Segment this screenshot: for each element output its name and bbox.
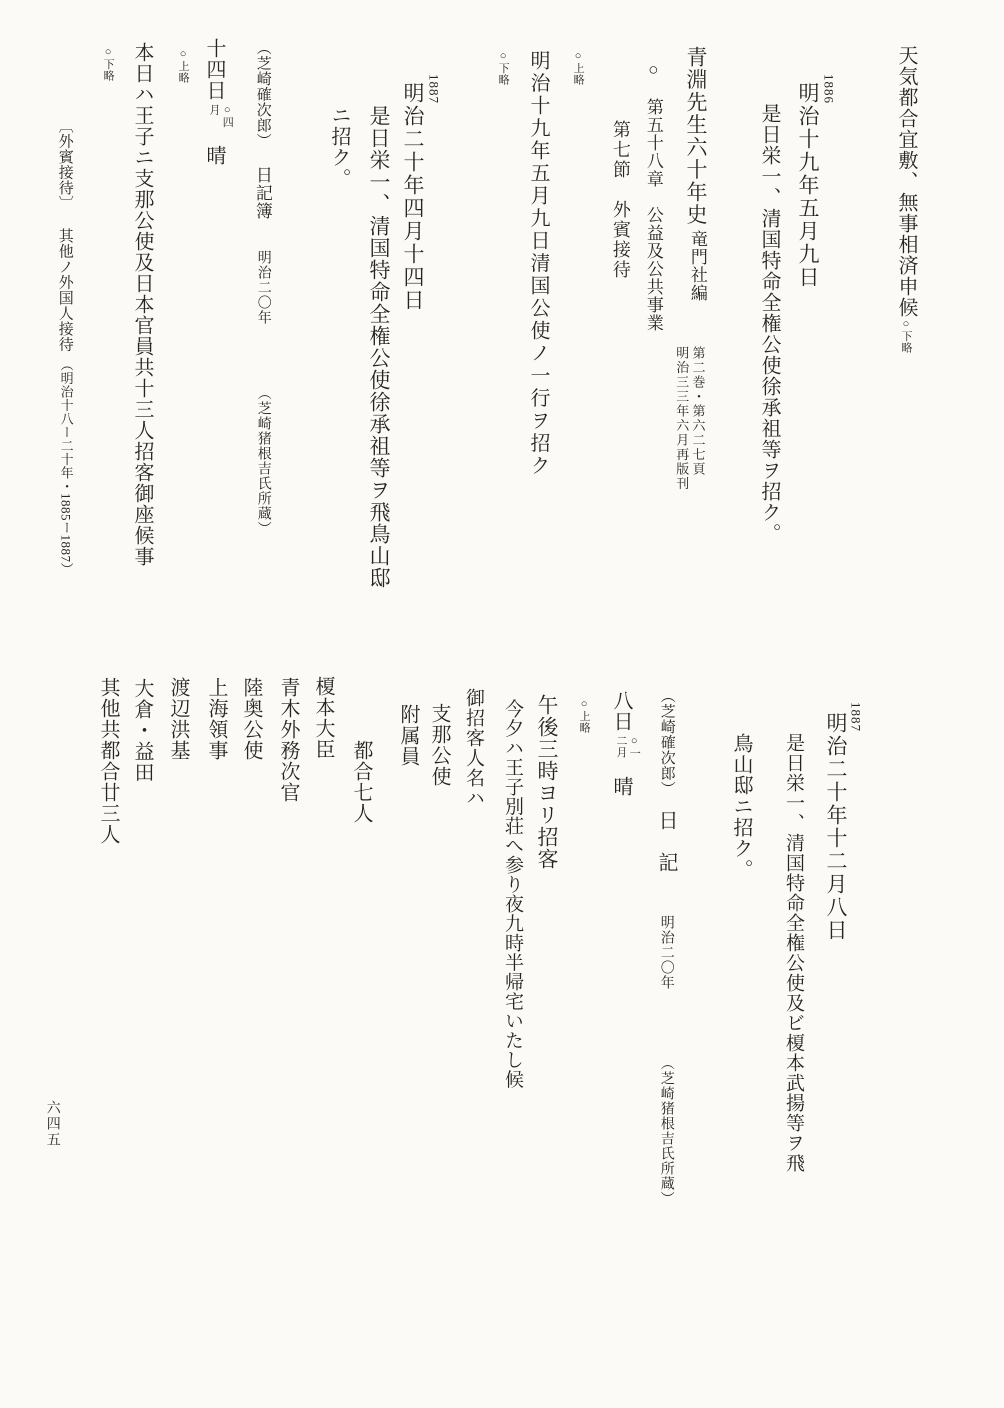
western-year-1887-apr: 1887 <box>427 74 441 104</box>
entry-dec-body-line2: 鳥山邸ニ招ク。 <box>730 733 751 880</box>
date-heading-meiji20-dec: 明治二十年十二月八日 <box>825 712 847 942</box>
guest-list-item: 支那公使 <box>428 703 449 787</box>
guest-list-item: 陸奥公使 <box>240 677 261 761</box>
reference-edition: 明治三三年六月再版刊 <box>673 346 689 491</box>
category-date-range: （明治十八ー二十年・1885ー1887） <box>59 358 73 576</box>
entry-1886-body: 是日栄一、清国特命全権公使徐承祖等ヲ招ク。 <box>758 103 779 544</box>
guest-list-item: 附属員 <box>397 704 418 767</box>
guest-list-item: 渡辺洪基 <box>167 677 188 761</box>
month-note-right: ○一 <box>627 735 640 759</box>
source-reference-note: 第二巻・第六二七頁明治三三年六月再版刊 <box>673 346 706 491</box>
geryaku-mark: ○下略 <box>497 50 509 86</box>
entry-apr-body-line1: 是日栄一、清国特命全権公使徐承祖等ヲ飛鳥山邸 <box>368 105 390 589</box>
document-page: 天気都合宜敷、無事相済申候○下略 1886 明治十九年五月九日 是日栄一、清国特… <box>0 0 1004 1408</box>
diary-quote-line: 今夕ハ王子別荘へ参り夜九時半帰宅いたし候 <box>502 699 522 1089</box>
month-note: ○四月 <box>207 104 233 128</box>
source-book-quote: 明治十九年五月九日清国公使ノ一行ヲ招ク <box>527 50 548 478</box>
diary-author: （芝崎確次郎） <box>254 40 270 149</box>
chapter-heading: ○ 第五十八章 公益及公共事業 <box>644 60 662 332</box>
opening-quote-column: 天気都合宜敷、無事相済申候○下略 <box>895 45 916 354</box>
diary-holder-note: （芝崎猪根吉氏所蔵） <box>658 1056 673 1206</box>
date-heading-meiji20-apr: 明治二十年四月十四日 <box>402 82 424 312</box>
guest-list-item: 大倉・益田 <box>131 678 152 783</box>
guest-list-item: 上海領事 <box>205 677 226 761</box>
diary-entry-date-line: 十四日○四月晴 <box>203 38 233 166</box>
diary-quote-line: 御招客人名ハ <box>463 688 483 808</box>
weather-note: 晴 <box>203 145 225 166</box>
diary-title: 日 記 <box>655 810 676 873</box>
month-note-right: ○四 <box>220 104 233 128</box>
reference-volume-page: 第二巻・第六二七頁 <box>689 346 705 491</box>
geryaku-mark: ○下略 <box>900 318 912 354</box>
diary-year-note: 明治二〇年 <box>658 915 673 990</box>
entry-dec-body-line1: 是日栄一、清国特命全権公使及ビ榎本武揚等ヲ飛 <box>783 733 803 1173</box>
geryaku-mark: ○下略 <box>102 46 114 82</box>
spacer <box>214 131 215 145</box>
diary-title: 日記簿 <box>253 166 271 220</box>
category-subtitle: 其他ノ外国人接待 <box>56 228 72 352</box>
month-note-left: 月 <box>207 104 220 128</box>
source-book-editor: 竜門社編 <box>688 230 706 302</box>
diary-entry-date-line: 八日○一二月晴 <box>610 690 640 797</box>
western-year-1886: 1886 <box>822 74 836 104</box>
joryaku-mark: ○上略 <box>572 50 584 86</box>
guest-list-item: 都合七人 <box>350 740 371 824</box>
source-book-title: 青淵先生六十年史 <box>685 46 707 226</box>
western-year-1887-dec: 1887 <box>849 702 863 732</box>
entry-apr-body-line2: ニ招ク。 <box>328 105 349 189</box>
diary-entry-day: 八日 <box>610 690 632 732</box>
diary-quote: 本日ハ王子ニ支那公使及日本官員共十三人招客御座候事 <box>131 42 152 567</box>
spacer <box>621 762 622 776</box>
joryaku-mark: ○上略 <box>578 698 590 734</box>
section-heading: 第七節 外賓接待 <box>611 120 630 280</box>
weather-note: 晴 <box>610 776 632 797</box>
diary-holder-note: （芝崎猪根吉氏所蔵） <box>255 386 270 536</box>
diary-author: （芝崎確次郎） <box>658 688 674 797</box>
category-title: 〔外賓接待〕 <box>56 118 72 211</box>
month-note-left: 二月 <box>614 735 627 759</box>
date-heading-meiji19: 明治十九年五月九日 <box>797 82 819 289</box>
diary-quote-line: 午後三時ヨリ招客 <box>536 694 558 870</box>
diary-year-note: 明治二〇年 <box>255 250 270 325</box>
guest-list-item: 青木外務次官 <box>277 677 298 803</box>
guest-list-item: 榎本大臣 <box>312 676 333 760</box>
joryaku-mark: ○上略 <box>177 48 189 84</box>
guest-list-item: 其他共都合廿三人 <box>97 677 118 845</box>
page-number: 六四五 <box>44 1100 59 1148</box>
diary-entry-day: 十四日 <box>203 38 225 101</box>
opening-quote-text: 天気都合宜敷、無事相済申候 <box>895 45 917 318</box>
month-note: ○一二月 <box>614 735 640 759</box>
